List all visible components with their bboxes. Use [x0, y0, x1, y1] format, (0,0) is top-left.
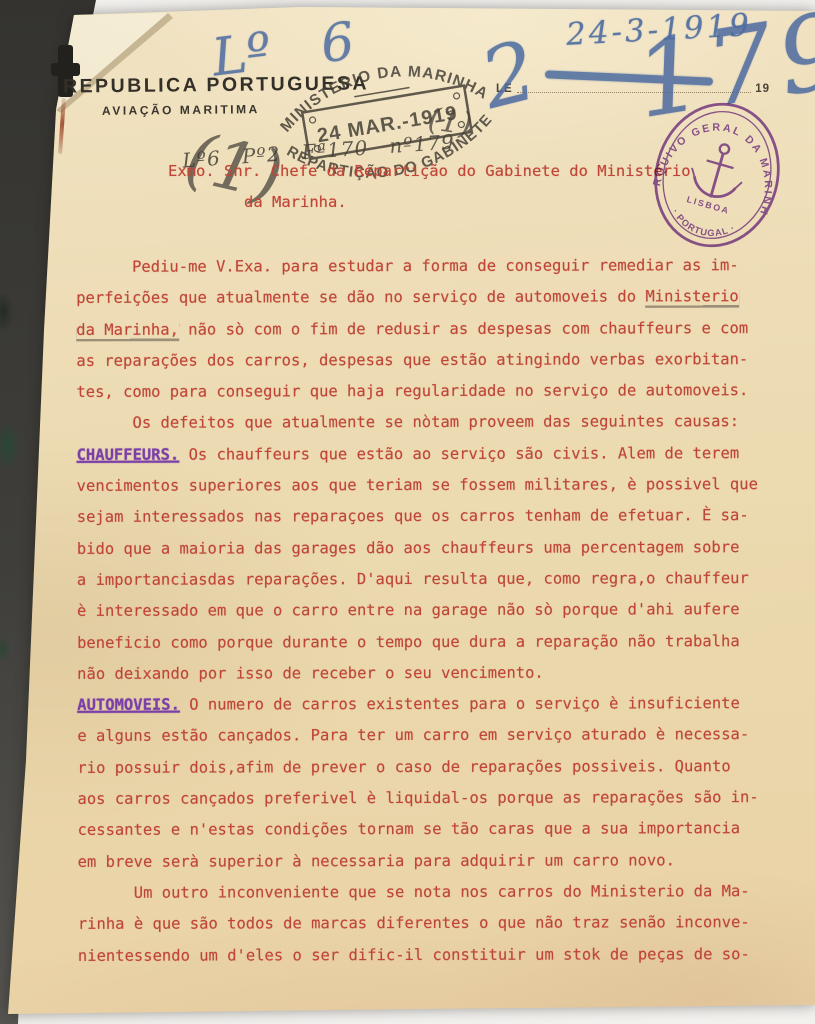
text-segment: e alguns estão cançados. Para ter um car… [77, 726, 749, 746]
anchor-icon [686, 137, 751, 204]
letter-line: Um outro inconveniente que se nota nos c… [78, 876, 759, 909]
text-segment: sejam interessados nas reparaçoes que os… [77, 507, 749, 527]
text-segment: O numero de carros existentes para o ser… [180, 694, 740, 713]
letter-line: AUTOMOVEIS. O numero de carros existente… [77, 688, 758, 721]
text-segment: não sò com o fim de redusir as despesas … [179, 319, 748, 338]
entry-stamp-date: 24 MAR.-1919 [316, 102, 460, 147]
letter-line: rinha è que são todos de marcas diferent… [78, 907, 759, 940]
text-segment: aos carros cançados preferivel è liquida… [77, 788, 758, 808]
text-segment: em breve serà superior à necessaria para… [78, 851, 675, 871]
letter-line: tes, como para conseguir que haja regula… [76, 375, 757, 408]
letter-line: perfeições que atualmente se dão no serv… [76, 281, 757, 314]
letter-line: Pediu-me V.Exa. para estudar a forma de … [76, 250, 757, 283]
letterhead-dept: AVIAÇÃO MARITIMA [102, 102, 260, 118]
letter-line: CHAUFFEURS. Os chauffeurs que estão ao s… [77, 438, 758, 471]
text-segment: nientessendo um d'eles o ser dific-il co… [78, 945, 750, 965]
text-segment: cessantes e n'estas condições tornam se … [78, 820, 741, 840]
salutation-line-1: Exmo. Snr. Chefe da Repartição do Gabine… [168, 162, 691, 180]
text-segment: Um outro inconveniente que se nota nos c… [78, 882, 750, 902]
text-segment: bido que a maioria das garages dão aos c… [77, 538, 740, 558]
letter-line: não deixando por isso de receber o seu v… [77, 657, 758, 690]
letter-line: cessantes e n'estas condições tornam se … [78, 813, 759, 846]
text-segment: Os defeitos que atualmente se nòtam prov… [76, 413, 739, 433]
letter-line: e alguns estão cançados. Para ter um car… [77, 720, 758, 753]
text-segment: AUTOMOVEIS. [77, 696, 180, 714]
text-segment: da Marinha, [76, 320, 179, 338]
text-segment: CHAUFFEURS. [77, 445, 180, 463]
text-segment: rio possuir dois,afim de prever o caso d… [77, 757, 730, 777]
text-segment: rinha è que são todos de marcas diferent… [78, 913, 750, 933]
scan-canvas: REPUBLICA PORTUGUESA AVIAÇÃO MARITIMA LE… [0, 0, 815, 1024]
text-segment: Ministerio [645, 287, 738, 305]
archive-stamp-city: LISBOA [686, 194, 731, 216]
text-segment: as reparações dos carros, despesas que e… [76, 350, 748, 370]
letter-line: è interessado em que o carro entre na ga… [77, 594, 758, 627]
text-segment: Os chauffeurs que estão ao serviço são c… [179, 444, 739, 463]
letter-line: Os defeitos que atualmente se nòtam prov… [76, 407, 757, 440]
text-segment: tes, como para conseguir que haja regula… [76, 381, 748, 401]
letter-line: da Marinha, não sò com o fim de redusir … [76, 313, 757, 346]
letter-line: as reparações dos carros, despesas que e… [76, 344, 757, 377]
letter-line: bido que a maioria das garages dão aos c… [77, 532, 758, 565]
letter-line: a importanciasdas reparações. D'aqui res… [77, 563, 758, 596]
text-segment: Pediu-me V.Exa. para estudar a forma de … [76, 256, 739, 276]
letter-line: rio possuir dois,afim de prever o caso d… [77, 751, 758, 784]
text-segment: beneficio como porque durante o tempo qu… [77, 632, 740, 652]
text-segment: a importanciasdas reparações. D'aqui res… [77, 569, 749, 589]
text-segment: não deixando por isso de receber o seu v… [77, 664, 544, 683]
letter-line: em breve serà superior à necessaria para… [78, 845, 759, 878]
text-segment: è interessado em que o carro entre na ga… [77, 600, 740, 620]
letter-line: aos carros cançados preferivel è liquida… [77, 782, 758, 815]
letter-line: nientessendo um d'eles o ser dific-il co… [78, 939, 759, 972]
letter-line: beneficio como porque durante o tempo qu… [77, 626, 758, 659]
text-segment: vencimentos superiores aos que teriam se… [77, 475, 758, 495]
letter-line: sejam interessados nas reparaçoes que os… [77, 500, 758, 533]
salutation-line-2: da Marinha. [244, 193, 347, 211]
text-segment: perfeições que atualmente se dão no serv… [76, 288, 645, 307]
letter-body: Pediu-me V.Exa. para estudar a forma de … [76, 250, 759, 972]
letter-line: vencimentos superiores aos que teriam se… [77, 469, 758, 502]
